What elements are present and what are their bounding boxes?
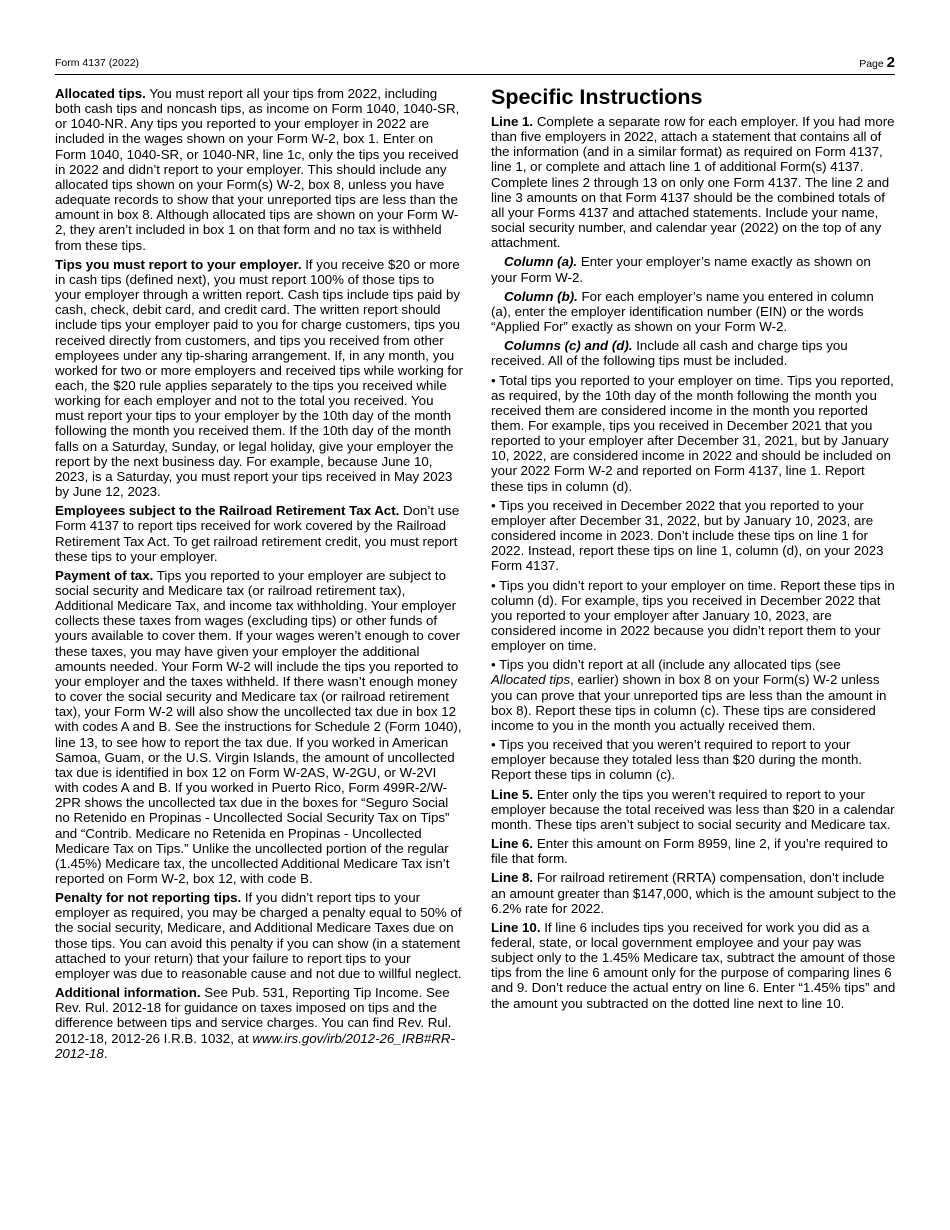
section-heading: Additional information. <box>55 985 201 1000</box>
line-text: For railroad retirement (RRTA) compensat… <box>491 870 896 915</box>
section-heading: Payment of tax. <box>55 568 153 583</box>
line-heading: Line 6. <box>491 836 533 851</box>
bullet-item: • Tips you didn’t report to your employe… <box>491 578 897 654</box>
line-8-instructions: Line 8. For railroad retirement (RRTA) c… <box>491 870 897 915</box>
left-column: Allocated tips. You must report all your… <box>55 86 463 1065</box>
column-heading: Column (a). <box>504 254 577 269</box>
columns-cd-instructions: Columns (c) and (d). Include all cash an… <box>491 338 897 368</box>
form-identifier: Form 4137 (2022) <box>55 57 139 69</box>
bullet-item: • Total tips you reported to your employ… <box>491 373 897 494</box>
section-text-end: . <box>104 1046 108 1061</box>
bullet-item: • Tips you didn’t report at all (include… <box>491 657 897 733</box>
section-text: Tips you reported to your employer are s… <box>55 568 462 886</box>
bullet-item: • Tips you received in December 2022 tha… <box>491 498 897 574</box>
line-text: If line 6 includes tips you received for… <box>491 920 895 1011</box>
line-1-instructions: Line 1. Complete a separate row for each… <box>491 114 897 250</box>
page-word: Page <box>859 58 884 70</box>
section-allocated-tips: Allocated tips. You must report all your… <box>55 86 463 253</box>
line-6-instructions: Line 6. Enter this amount on Form 8959, … <box>491 836 897 866</box>
column-heading: Column (b). <box>504 289 578 304</box>
page-number: 2 <box>887 54 895 71</box>
column-b-instructions: Column (b). For each employer’s name you… <box>491 289 897 334</box>
bullet-item: • Tips you received that you weren’t req… <box>491 737 897 782</box>
line-text: Complete a separate row for each employe… <box>491 114 895 250</box>
section-text: If you receive $20 or more in cash tips … <box>55 257 463 499</box>
section-additional-information: Additional information. See Pub. 531, Re… <box>55 985 463 1061</box>
section-heading: Allocated tips. <box>55 86 146 101</box>
line-heading: Line 8. <box>491 870 533 885</box>
page-number-label: Page 2 <box>859 54 895 71</box>
page-header: Form 4137 (2022) Page 2 <box>55 56 895 75</box>
section-railroad-retirement: Employees subject to the Railroad Retire… <box>55 503 463 564</box>
line-5-instructions: Line 5. Enter only the tips you weren’t … <box>491 787 897 832</box>
specific-instructions-title: Specific Instructions <box>491 84 897 110</box>
line-heading: Line 1. <box>491 114 533 129</box>
line-heading: Line 5. <box>491 787 533 802</box>
section-tips-must-report: Tips you must report to your employer. I… <box>55 257 463 500</box>
column-a-instructions: Column (a). Enter your employer’s name e… <box>491 254 897 284</box>
line-10-instructions: Line 10. If line 6 includes tips you rec… <box>491 920 897 1011</box>
section-heading: Employees subject to the Railroad Retire… <box>55 503 399 518</box>
allocated-tips-reference: Allocated tips <box>491 672 570 687</box>
line-text: Enter only the tips you weren’t required… <box>491 787 895 832</box>
right-column: Specific Instructions Line 1. Complete a… <box>491 84 897 1015</box>
column-heading: Columns (c) and (d). <box>504 338 633 353</box>
line-text: Enter this amount on Form 8959, line 2, … <box>491 836 888 866</box>
section-penalty: Penalty for not reporting tips. If you d… <box>55 890 463 981</box>
section-heading: Penalty for not reporting tips. <box>55 890 241 905</box>
line-heading: Line 10. <box>491 920 541 935</box>
section-text: You must report all your tips from 2022,… <box>55 86 459 253</box>
section-payment-of-tax: Payment of tax. Tips you reported to you… <box>55 568 463 886</box>
bullet-text: • Tips you didn’t report at all (include… <box>491 657 841 672</box>
section-heading: Tips you must report to your employer. <box>55 257 302 272</box>
